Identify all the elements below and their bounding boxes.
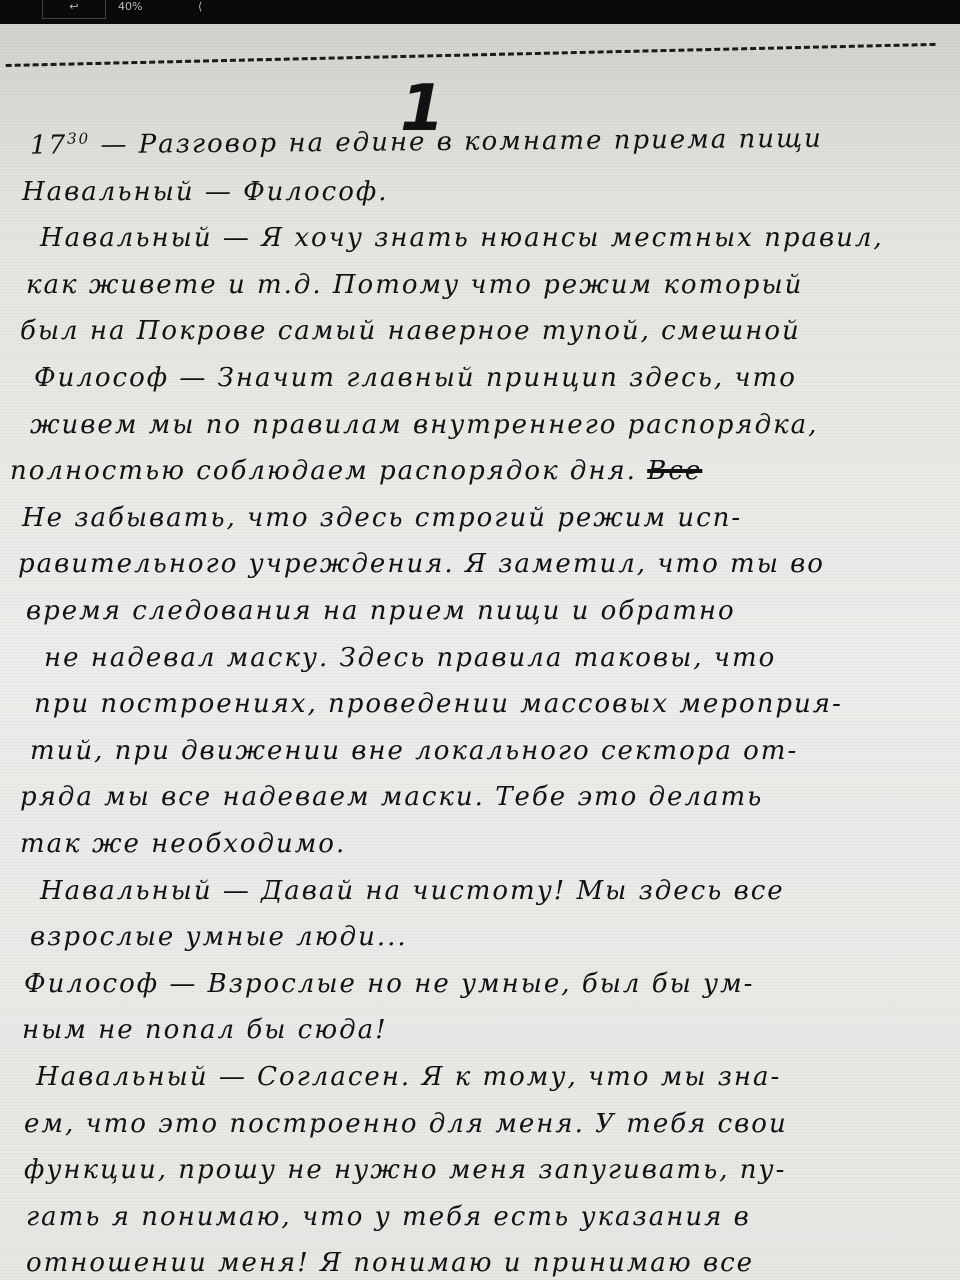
text-line: время следования на прием пищи и обратно (26, 596, 736, 626)
text-line: отношении меня! Я понимаю и принимаю все (26, 1248, 754, 1278)
dashed-divider (6, 43, 936, 91)
handwritten-page: 1 1730 — Разговор на едине в комнате при… (0, 24, 960, 1280)
text-line: Навальный — Давай на чистоту! Мы здесь в… (40, 876, 785, 906)
time-hour: 17 (30, 130, 67, 160)
text-line: Навальный — Я хочу знать нюансы местных … (40, 223, 884, 253)
text-line: 1730 — Разговор на едине в комнате прием… (30, 123, 823, 161)
text-line: не надевал маску. Здесь правила таковы, … (44, 643, 776, 673)
text-line: ем, что это построенно для меня. У тебя … (24, 1109, 788, 1139)
time-minutes: 30 (67, 129, 90, 147)
text-line: ным не попал бы сюда! (22, 1015, 388, 1045)
text-line: как живете и т.д. Потому что режим котор… (26, 270, 803, 300)
viewer-toolbar: ↩ 40% ⟨ (0, 0, 960, 26)
text-line: ряда мы все надеваем маски. Тебе это дел… (20, 782, 763, 812)
text-line: взрослые умные люди... (30, 922, 408, 952)
text-line: Не забывать, что здесь строгий режим исп… (22, 503, 742, 533)
text-line: живем мы по правилам внутреннего распоря… (30, 410, 818, 440)
text-line: был на Покрове самый наверное тупой, сме… (20, 316, 801, 346)
text-line: Навальный — Согласен. Я к тому, что мы з… (36, 1062, 781, 1092)
back-arrow-icon[interactable]: ⟨ (198, 0, 202, 18)
text-line: Философ — Значит главный принцип здесь, … (34, 363, 797, 393)
text-line: полностью соблюдаем распорядок дня. Все (10, 456, 702, 486)
text-line: Навальный — Философ. (22, 177, 388, 207)
toolbar-button[interactable]: ↩ (42, 0, 106, 19)
text-line: Философ — Взрослые но не умные, был бы у… (24, 969, 754, 999)
text-line: функции, прошу не нужно меня запугивать,… (24, 1155, 786, 1185)
text-line: равительного учреждения. Я заметил, что … (18, 549, 825, 579)
crossed-out-word: Все (647, 456, 702, 486)
text-line: при построениях, проведении массовых мер… (34, 689, 843, 719)
text-line: тий, при движении вне локального сектора… (30, 736, 798, 766)
zoom-level[interactable]: 40% (118, 0, 142, 18)
text-line: так же необходимо. (20, 829, 346, 859)
text-line: гать я понимаю, что у тебя есть указания… (26, 1202, 751, 1232)
